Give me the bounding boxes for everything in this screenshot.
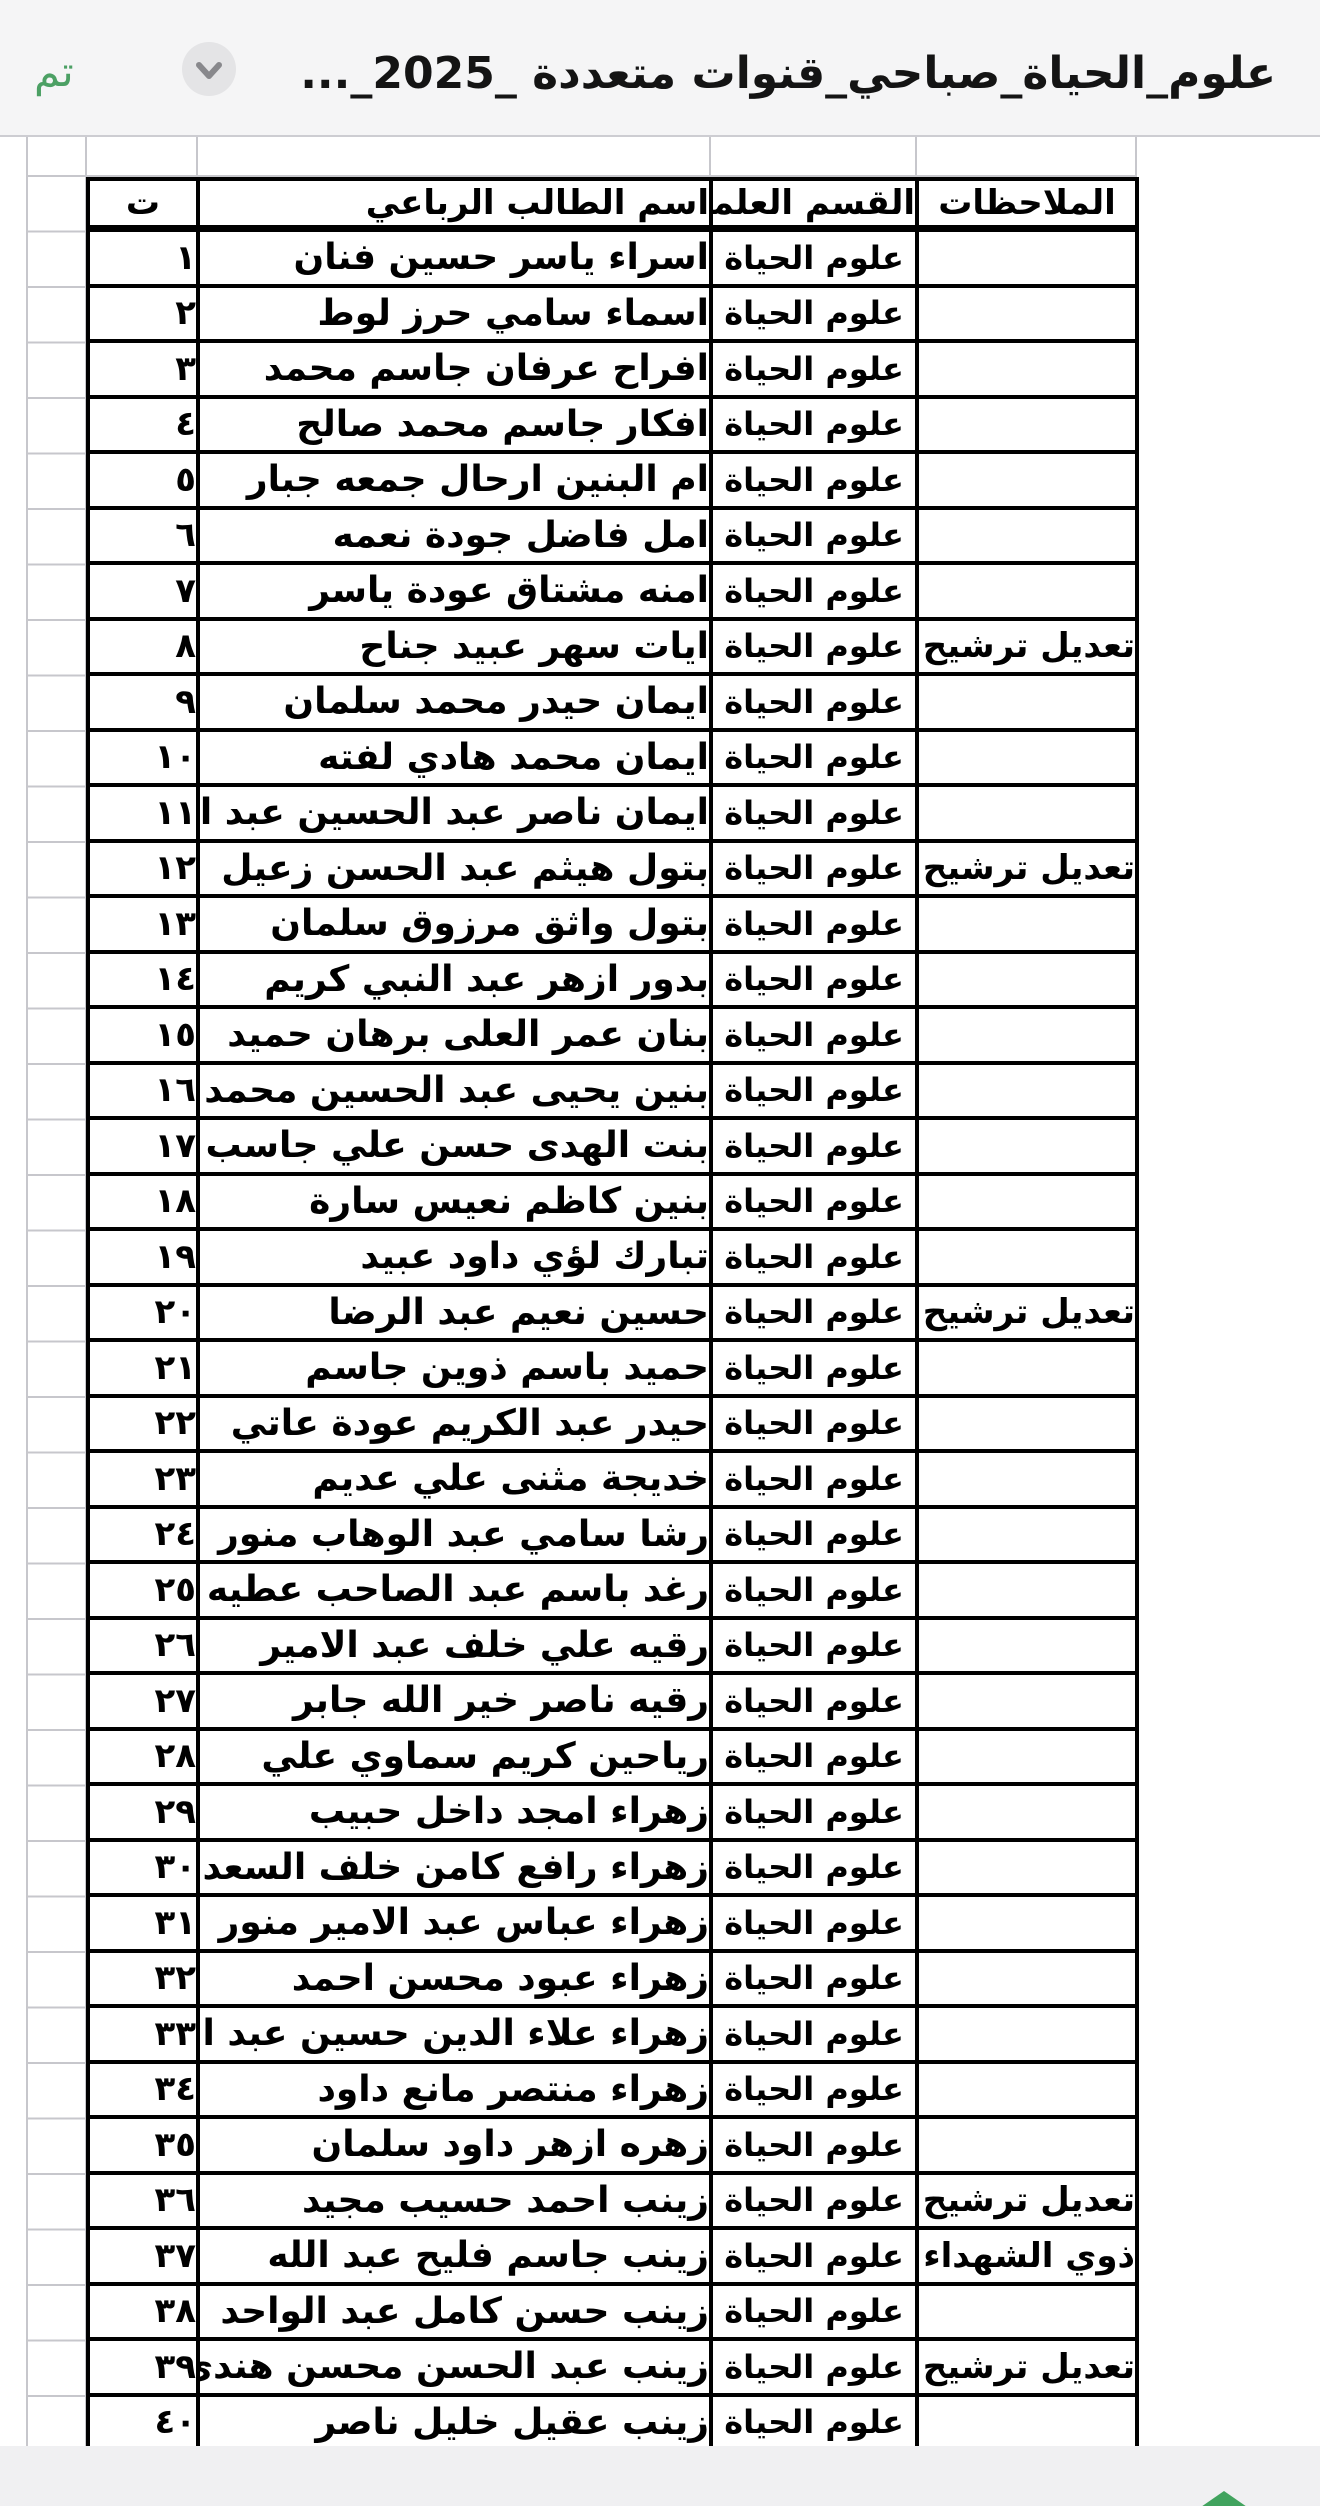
notes-cell[interactable] (917, 2006, 1137, 2062)
table-row: ٣٨ زينب حسن كامل عبد الواحد علوم الحياة (88, 2284, 1137, 2340)
notes-cell[interactable] (917, 1063, 1137, 1119)
notes-cell[interactable] (917, 1784, 1137, 1840)
student-name-cell[interactable]: زهراء علاء الدين حسين عبد الزهرة (198, 2006, 711, 2062)
notes-cell[interactable]: ذوي الشهداء (917, 2228, 1137, 2284)
notes-cell[interactable] (917, 1007, 1137, 1063)
student-name-cell[interactable]: حميد باسم ذوين جاسم (198, 1340, 711, 1396)
serial-cell[interactable]: ٤ (88, 397, 198, 453)
department-cell[interactable]: علوم الحياة (711, 1396, 917, 1452)
table-row: ٣٦ زينب احمد حسيب مجيد علوم الحياة تعديل… (88, 2173, 1137, 2229)
header-row: ت اسم الطالب الرباعي القسم العلمي الملاح… (88, 179, 1137, 229)
serial-cell[interactable]: ٢٢ (88, 1396, 198, 1452)
table-row: ٢٣ خديجة مثنى علي عديم علوم الحياة (88, 1451, 1137, 1507)
table-row: ٢٢ حيدر عبد الكريم عودة عاتي علوم الحياة (88, 1396, 1137, 1452)
table-row: ٦ امل فاضل جودة نعمه علوم الحياة (88, 508, 1137, 564)
student-name-cell[interactable]: بتول هيثم عبد الحسن زعيل (198, 841, 711, 897)
table-row: ١٢ بتول هيثم عبد الحسن زعيل علوم الحياة … (88, 841, 1137, 897)
department-cell[interactable]: علوم الحياة (711, 1340, 917, 1396)
department-cell[interactable]: علوم الحياة (711, 2284, 917, 2340)
department-cell[interactable]: علوم الحياة (711, 674, 917, 730)
notes-cell[interactable] (917, 785, 1137, 841)
serial-cell[interactable]: ٤٠ (88, 2395, 198, 2451)
student-name-cell[interactable]: حيدر عبد الكريم عودة عاتي (198, 1396, 711, 1452)
department-cell[interactable]: علوم الحياة (711, 1784, 917, 1840)
notes-cell[interactable] (917, 730, 1137, 786)
table-row: ١٩ تبارك لؤي داود عبيد علوم الحياة (88, 1229, 1137, 1285)
header-department[interactable]: القسم العلمي (711, 179, 917, 229)
serial-cell[interactable]: ٣٥ (88, 2117, 198, 2173)
department-cell[interactable]: علوم الحياة (711, 841, 917, 897)
student-name-cell[interactable]: رغد باسم عبد الصاحب عطيه (198, 1562, 711, 1618)
department-cell[interactable]: علوم الحياة (711, 2006, 917, 2062)
department-cell[interactable]: علوم الحياة (711, 2339, 917, 2395)
notes-cell[interactable] (917, 1618, 1137, 1674)
department-cell[interactable]: علوم الحياة (711, 1562, 917, 1618)
table-row: ٣٣ زهراء علاء الدين حسين عبد الزهرة علوم… (88, 2006, 1137, 2062)
table-row: ١٨ بنين كاظم نعيس سارة علوم الحياة (88, 1174, 1137, 1230)
student-name-cell[interactable]: تبارك لؤي داود عبيد (198, 1229, 711, 1285)
table-row: ٣ افراح عرفان جاسم محمد علوم الحياة (88, 341, 1137, 397)
department-cell[interactable]: علوم الحياة (711, 286, 917, 342)
notes-cell[interactable] (917, 1340, 1137, 1396)
notes-cell[interactable]: تعديل ترشيح (917, 841, 1137, 897)
serial-cell[interactable]: ٣٠ (88, 1840, 198, 1896)
notes-cell[interactable] (917, 1118, 1137, 1174)
table-row: ١٤ بدور ازهر عبد النبي كريم علوم الحياة (88, 952, 1137, 1008)
serial-cell[interactable]: ٢ (88, 286, 198, 342)
student-name-cell[interactable]: زينب عقيل خليل ناصر (198, 2395, 711, 2451)
student-name-cell[interactable]: اسماء سامي حرز لوط (198, 286, 711, 342)
student-name-cell[interactable]: زهراء امجد داخل حبيب (198, 1784, 711, 1840)
table-row: ٢٤ رشا سامي عبد الوهاب منور علوم الحياة (88, 1507, 1137, 1563)
notes-cell[interactable] (917, 896, 1137, 952)
serial-cell[interactable]: ١٣ (88, 896, 198, 952)
table-row: ٩ ايمان حيدر محمد سلمان علوم الحياة (88, 674, 1137, 730)
table-row: ٢١ حميد باسم ذوين جاسم علوم الحياة (88, 1340, 1137, 1396)
notes-cell[interactable] (917, 2117, 1137, 2173)
notes-cell[interactable] (917, 229, 1137, 286)
student-name-cell[interactable]: ايات سهر عبيد جناح (198, 619, 711, 675)
serial-cell[interactable]: ٢٠ (88, 1285, 198, 1341)
serial-cell[interactable]: ١٢ (88, 841, 198, 897)
table-row: ٢٩ زهراء امجد داخل حبيب علوم الحياة (88, 1784, 1137, 1840)
student-name-cell[interactable]: بنان عمر العلى برهان حميد (198, 1007, 711, 1063)
department-cell[interactable]: علوم الحياة (711, 1951, 917, 2007)
department-cell[interactable]: علوم الحياة (711, 785, 917, 841)
notes-cell[interactable] (917, 2395, 1137, 2451)
notes-cell[interactable] (917, 1729, 1137, 1785)
top-bar: تم علوم_الحياة_صباحي_قنوات متعددة _2025_… (0, 0, 1320, 137)
table-row: ٣٢ زهراء عبود محسن احمد علوم الحياة (88, 1951, 1137, 2007)
department-cell[interactable]: علوم الحياة (711, 1229, 917, 1285)
serial-cell[interactable]: ٩ (88, 674, 198, 730)
department-cell[interactable]: علوم الحياة (711, 508, 917, 564)
student-name-cell[interactable]: زهره ازهر داود سلمان (198, 2117, 711, 2173)
department-cell[interactable]: علوم الحياة (711, 2173, 917, 2229)
department-cell[interactable]: علوم الحياة (711, 619, 917, 675)
department-cell[interactable]: علوم الحياة (711, 1673, 917, 1729)
notes-cell[interactable]: تعديل ترشيح (917, 2173, 1137, 2229)
serial-cell[interactable]: ٣٣ (88, 2006, 198, 2062)
student-name-cell[interactable]: بنين كاظم نعيس سارة (198, 1174, 711, 1230)
student-name-cell[interactable]: افكار جاسم محمد صالح (198, 397, 711, 453)
table-row: ٢٥ رغد باسم عبد الصاحب عطيه علوم الحياة (88, 1562, 1137, 1618)
student-name-cell[interactable]: زينب حسن كامل عبد الواحد (198, 2284, 711, 2340)
serial-cell[interactable]: ٢١ (88, 1340, 198, 1396)
student-name-cell[interactable]: خديجة مثنى علي عديم (198, 1451, 711, 1507)
table-row: ٢٧ رقيه ناصر خير الله جابر علوم الحياة (88, 1673, 1137, 1729)
table-row: ٣٧ زينب جاسم فليح عبد الله علوم الحياة ذ… (88, 2228, 1137, 2284)
department-cell[interactable]: علوم الحياة (711, 563, 917, 619)
notes-cell[interactable] (917, 2062, 1137, 2118)
table-row: ١٣ بتول واثق مرزوق سلمان علوم الحياة (88, 896, 1137, 952)
table-row: ١٧ بنت الهدى حسن علي جاسب علوم الحياة (88, 1118, 1137, 1174)
notes-cell[interactable] (917, 1174, 1137, 1230)
department-cell[interactable]: علوم الحياة (711, 896, 917, 952)
table-row: ٢٠ حسين نعيم عبد الرضا علوم الحياة تعديل… (88, 1285, 1137, 1341)
department-cell[interactable]: علوم الحياة (711, 341, 917, 397)
student-name-cell[interactable]: زهراء رافع كامن خلف السعد (198, 1840, 711, 1896)
department-cell[interactable]: علوم الحياة (711, 1840, 917, 1896)
notes-cell[interactable] (917, 397, 1137, 453)
student-name-cell[interactable]: زهراء عبود محسن احمد (198, 1951, 711, 2007)
table-row: ٢٦ رقيه علي خلف عبد الامير علوم الحياة (88, 1618, 1137, 1674)
table-row: ٤٠ زينب عقيل خليل ناصر علوم الحياة (88, 2395, 1137, 2451)
student-name-cell[interactable]: اسراء ياسر حسين فنان (198, 229, 711, 286)
department-cell[interactable]: علوم الحياة (711, 2228, 917, 2284)
notes-cell[interactable]: تعديل ترشيح (917, 1285, 1137, 1341)
serial-cell[interactable]: ١٨ (88, 1174, 198, 1230)
serial-cell[interactable]: ٣٦ (88, 2173, 198, 2229)
table-row: ٣١ زهراء عباس عبد الامير منور علوم الحيا… (88, 1895, 1137, 1951)
student-name-cell[interactable]: بتول واثق مرزوق سلمان (198, 896, 711, 952)
notes-cell[interactable] (917, 452, 1137, 508)
notes-cell[interactable] (917, 1396, 1137, 1452)
serial-cell[interactable]: ٣٩ (88, 2339, 198, 2395)
serial-cell[interactable]: ١٩ (88, 1229, 198, 1285)
student-name-cell[interactable]: بنين يحيى عبد الحسين محمد (198, 1063, 711, 1119)
department-cell[interactable]: علوم الحياة (711, 1507, 917, 1563)
serial-cell[interactable]: ٣٨ (88, 2284, 198, 2340)
department-cell[interactable]: علوم الحياة (711, 1895, 917, 1951)
department-cell[interactable]: علوم الحياة (711, 730, 917, 786)
notes-cell[interactable]: تعديل ترشيح (917, 619, 1137, 675)
serial-cell[interactable]: ٢٧ (88, 1673, 198, 1729)
table-row: ٣٥ زهره ازهر داود سلمان علوم الحياة (88, 2117, 1137, 2173)
notes-cell[interactable] (917, 952, 1137, 1008)
student-name-cell[interactable]: ايمان محمد هادي لفته (198, 730, 711, 786)
serial-cell[interactable]: ٣٧ (88, 2228, 198, 2284)
bottom-bar (0, 2446, 1320, 2506)
table-row: ١١ ايمان ناصر عبد الحسين عبد العباس علوم… (88, 785, 1137, 841)
department-cell[interactable]: علوم الحياة (711, 397, 917, 453)
table-row: ٣٠ زهراء رافع كامن خلف السعد علوم الحياة (88, 1840, 1137, 1896)
serial-cell[interactable]: ٥ (88, 452, 198, 508)
serial-cell[interactable]: ٢٤ (88, 1507, 198, 1563)
student-name-cell[interactable]: ايمان ناصر عبد الحسين عبد العباس (198, 785, 711, 841)
spreadsheet-preview-screen: تم علوم_الحياة_صباحي_قنوات متعددة _2025_… (0, 0, 1320, 2506)
serial-cell[interactable]: ١٠ (88, 730, 198, 786)
department-cell[interactable]: علوم الحياة (711, 2395, 917, 2451)
header-serial[interactable]: ت (88, 179, 198, 229)
table-row: ٧ امنه مشتاق عودة ياسر علوم الحياة (88, 563, 1137, 619)
department-cell[interactable]: علوم الحياة (711, 952, 917, 1008)
serial-cell[interactable]: ١٥ (88, 1007, 198, 1063)
student-name-cell[interactable]: زينب عبد الحسن محسن هندي (198, 2339, 711, 2395)
department-cell[interactable]: علوم الحياة (711, 1451, 917, 1507)
department-cell[interactable]: علوم الحياة (711, 452, 917, 508)
notes-cell[interactable] (917, 1451, 1137, 1507)
notes-cell[interactable] (917, 1951, 1137, 2007)
students-table: ت اسم الطالب الرباعي القسم العلمي الملاح… (86, 177, 1139, 2452)
serial-cell[interactable]: ٢٣ (88, 1451, 198, 1507)
student-name-cell[interactable]: زهراء منتصر مانع داود (198, 2062, 711, 2118)
collapse-title-button[interactable] (182, 42, 236, 96)
student-name-cell[interactable]: زهراء عباس عبد الامير منور (198, 1895, 711, 1951)
serial-cell[interactable]: ٨ (88, 619, 198, 675)
serial-cell[interactable]: ٣٢ (88, 1951, 198, 2007)
student-name-cell[interactable]: زينب جاسم فليح عبد الله (198, 2228, 711, 2284)
done-button[interactable]: تم (34, 42, 74, 102)
serial-cell[interactable]: ١ (88, 229, 198, 286)
serial-cell[interactable]: ٢٩ (88, 1784, 198, 1840)
serial-cell[interactable]: ٣ (88, 341, 198, 397)
student-name-cell[interactable]: زينب احمد حسيب مجيد (198, 2173, 711, 2229)
department-cell[interactable]: علوم الحياة (711, 1174, 917, 1230)
notes-cell[interactable] (917, 1229, 1137, 1285)
student-name-cell[interactable]: ايمان حيدر محمد سلمان (198, 674, 711, 730)
table-row: ١٦ بنين يحيى عبد الحسين محمد علوم الحياة (88, 1063, 1137, 1119)
serial-cell[interactable]: ٢٥ (88, 1562, 198, 1618)
table-row: ٣٩ زينب عبد الحسن محسن هندي علوم الحياة … (88, 2339, 1137, 2395)
notes-cell[interactable] (917, 674, 1137, 730)
notes-cell[interactable] (917, 286, 1137, 342)
serial-cell[interactable]: ١١ (88, 785, 198, 841)
student-name-cell[interactable]: بدور ازهر عبد النبي كريم (198, 952, 711, 1008)
department-cell[interactable]: علوم الحياة (711, 2117, 917, 2173)
department-cell[interactable]: علوم الحياة (711, 1063, 917, 1119)
table-row: ٨ ايات سهر عبيد جناح علوم الحياة تعديل ت… (88, 619, 1137, 675)
department-cell[interactable]: علوم الحياة (711, 2062, 917, 2118)
student-name-cell[interactable]: رقيه علي خلف عبد الامير (198, 1618, 711, 1674)
department-cell[interactable]: علوم الحياة (711, 1618, 917, 1674)
student-name-cell[interactable]: رقيه ناصر خير الله جابر (198, 1673, 711, 1729)
notes-cell[interactable] (917, 1562, 1137, 1618)
student-name-cell[interactable]: امل فاضل جودة نعمه (198, 508, 711, 564)
student-name-cell[interactable]: حسين نعيم عبد الرضا (198, 1285, 711, 1341)
row-gutter (28, 177, 85, 2446)
notes-cell[interactable] (917, 341, 1137, 397)
notes-cell[interactable]: تعديل ترشيح (917, 2339, 1137, 2395)
serial-cell[interactable]: ١٦ (88, 1063, 198, 1119)
serial-cell[interactable]: ٣٤ (88, 2062, 198, 2118)
header-student-name[interactable]: اسم الطالب الرباعي (198, 179, 711, 229)
table-row: ١ اسراء ياسر حسين فنان علوم الحياة (88, 229, 1137, 286)
serial-cell[interactable]: ١٤ (88, 952, 198, 1008)
student-name-cell[interactable]: رياحين كريم سماوي علي (198, 1729, 711, 1785)
notes-cell[interactable] (917, 1895, 1137, 1951)
scroll-to-top-icon[interactable] (1198, 2491, 1250, 2506)
table-row: ٣٤ زهراء منتصر مانع داود علوم الحياة (88, 2062, 1137, 2118)
table-row: ٢٨ رياحين كريم سماوي علي علوم الحياة (88, 1729, 1137, 1785)
serial-cell[interactable]: ٢٦ (88, 1618, 198, 1674)
student-name-cell[interactable]: امنه مشتاق عودة ياسر (198, 563, 711, 619)
department-cell[interactable]: علوم الحياة (711, 1285, 917, 1341)
serial-cell[interactable]: ٦ (88, 508, 198, 564)
department-cell[interactable]: علوم الحياة (711, 229, 917, 286)
student-name-cell[interactable]: افراح عرفان جاسم محمد (198, 341, 711, 397)
student-name-cell[interactable]: ام البنين ارحال جمعه جبار (198, 452, 711, 508)
department-cell[interactable]: علوم الحياة (711, 1118, 917, 1174)
notes-cell[interactable] (917, 563, 1137, 619)
table-row: ٢ اسماء سامي حرز لوط علوم الحياة (88, 286, 1137, 342)
department-cell[interactable]: علوم الحياة (711, 1729, 917, 1785)
student-name-cell[interactable]: بنت الهدى حسن علي جاسب (198, 1118, 711, 1174)
serial-cell[interactable]: ١٧ (88, 1118, 198, 1174)
student-name-cell[interactable]: رشا سامي عبد الوهاب منور (198, 1507, 711, 1563)
notes-cell[interactable] (917, 1673, 1137, 1729)
document-title: علوم_الحياة_صباحي_قنوات متعددة _2025_... (252, 38, 1276, 110)
serial-cell[interactable]: ٣١ (88, 1895, 198, 1951)
chevron-down-icon (182, 42, 236, 96)
header-notes[interactable]: الملاحظات (917, 179, 1137, 229)
serial-cell[interactable]: ٢٨ (88, 1729, 198, 1785)
table-row: ٤ افكار جاسم محمد صالح علوم الحياة (88, 397, 1137, 453)
notes-cell[interactable] (917, 2284, 1137, 2340)
notes-cell[interactable] (917, 1507, 1137, 1563)
notes-cell[interactable] (917, 508, 1137, 564)
table-row: ١٠ ايمان محمد هادي لفته علوم الحياة (88, 730, 1137, 786)
serial-cell[interactable]: ٧ (88, 563, 198, 619)
department-cell[interactable]: علوم الحياة (711, 1007, 917, 1063)
notes-cell[interactable] (917, 1840, 1137, 1896)
table-row: ٥ ام البنين ارحال جمعه جبار علوم الحياة (88, 452, 1137, 508)
table-row: ١٥ بنان عمر العلى برهان حميد علوم الحياة (88, 1007, 1137, 1063)
